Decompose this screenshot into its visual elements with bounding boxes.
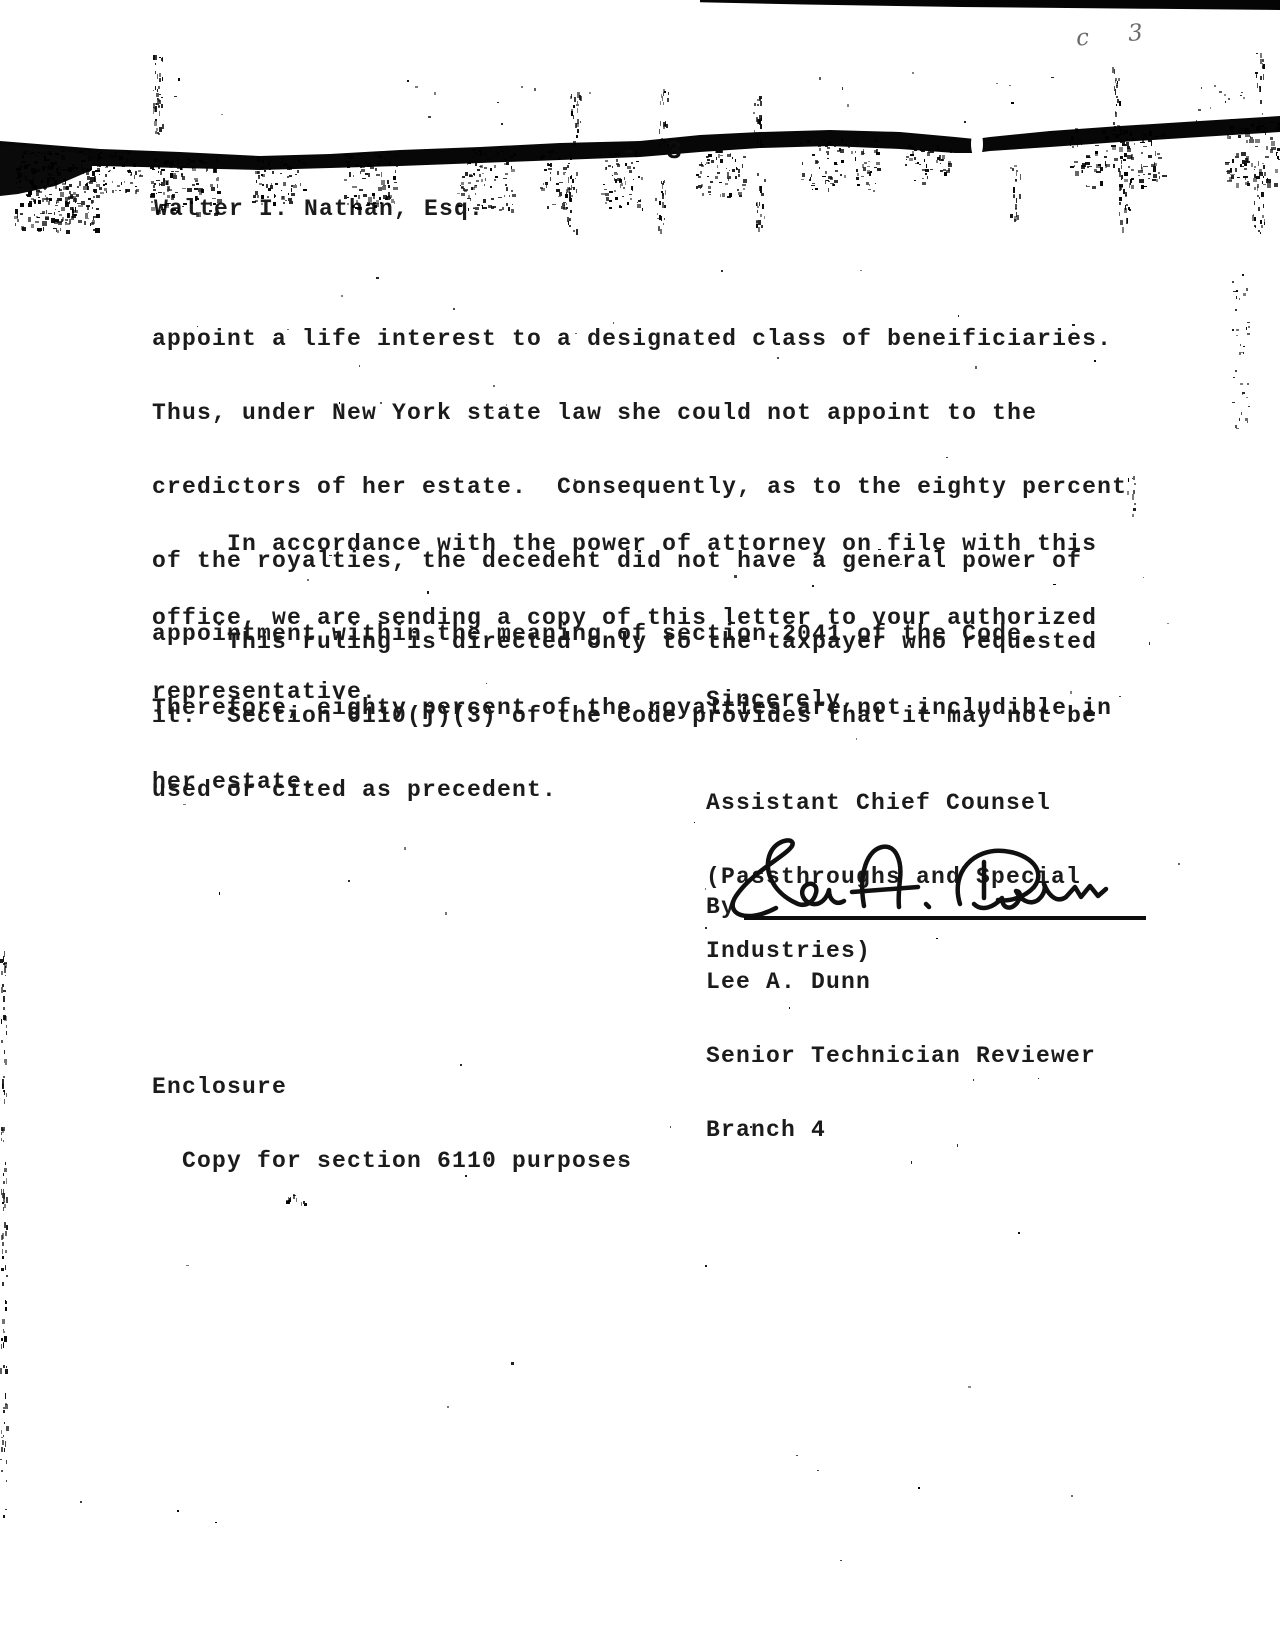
body-line: appoint a life interest to a designated … — [152, 327, 1127, 352]
scanned-letter-page: c 3 - 3 - Walter I. Nathan, Esq. appoint… — [0, 0, 1280, 1648]
signature-line — [744, 916, 1146, 920]
recipient-name: Walter I. Nathan, Esq. — [154, 197, 484, 222]
sender-org-line: Assistant Chief Counsel — [706, 791, 1081, 816]
signer-branch: Branch 4 — [706, 1118, 1096, 1143]
signer-identity: Lee A. Dunn Senior Technician Reviewer B… — [706, 921, 1096, 1192]
enclosure-label: Enclosure — [152, 1075, 632, 1100]
enclosure-block: Enclosure Copy for section 6110 purposes — [152, 1026, 632, 1223]
body-line: Thus, under New York state law she could… — [152, 401, 1127, 426]
enclosure-note: Copy for section 6110 purposes — [152, 1149, 632, 1174]
body-line: This ruling is directed only to the taxp… — [152, 630, 1097, 655]
closing-salutation: Sincerely, — [706, 688, 856, 713]
body-line: it. Section 6110(j)(3) of the Code provi… — [152, 704, 1097, 729]
signer-name: Lee A. Dunn — [706, 970, 1096, 995]
body-line: In accordance with the power of attorney… — [152, 532, 1097, 557]
signer-title: Senior Technician Reviewer — [706, 1044, 1096, 1069]
